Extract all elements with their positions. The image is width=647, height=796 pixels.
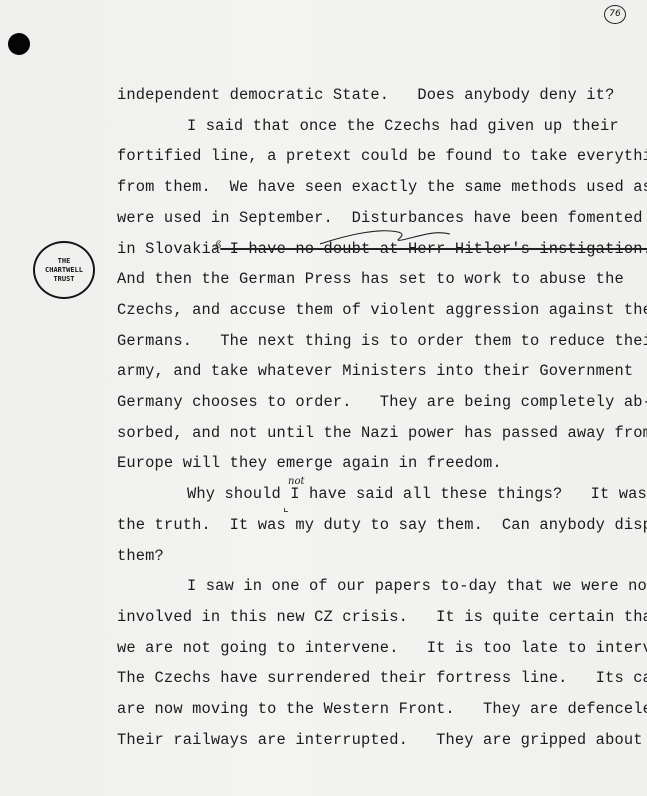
- chartwell-trust-stamp: THE CHARTWELL TRUST: [33, 241, 95, 299]
- typed-line: I saw in one of our papers to-day that w…: [187, 577, 647, 595]
- handwritten-mark: ß: [215, 240, 222, 251]
- typed-line: are now moving to the Western Front. The…: [117, 700, 647, 718]
- typed-line: fortified line, a pretext could be found…: [117, 147, 647, 165]
- handwritten-deletion-scribble: [320, 226, 470, 248]
- typed-line: army, and take whatever Ministers into t…: [117, 362, 633, 380]
- typed-line: we are not going to intervene. It is too…: [117, 639, 647, 657]
- typed-text: in Slovakia: [117, 240, 220, 258]
- typed-line: Czechs, and accuse them of violent aggre…: [117, 301, 647, 319]
- typed-line: the truth. It was my duty to say them. C…: [117, 516, 647, 534]
- typed-line: sorbed, and not until the Nazi power has…: [117, 424, 647, 442]
- typed-line: I said that once the Czechs had given up…: [187, 117, 619, 135]
- typed-line: Germans. The next thing is to order them…: [117, 332, 647, 350]
- typed-line: Europe will they emerge again in freedom…: [117, 454, 502, 472]
- typed-line: And then the German Press has set to wor…: [117, 270, 624, 288]
- typed-line: independent democratic State. Does anybo…: [117, 86, 614, 104]
- typed-line: involved in this new CZ crisis. It is qu…: [117, 608, 647, 626]
- document-page: 76 THE CHARTWELL TRUST independent democ…: [0, 0, 647, 796]
- typed-line: The Czechs have surrendered their fortre…: [117, 669, 647, 687]
- punch-hole: [8, 33, 30, 55]
- typed-line: Why should I have said all these things?…: [187, 485, 647, 503]
- typed-line: Their railways are interrupted. They are…: [117, 731, 647, 749]
- page-number: 76: [604, 5, 626, 24]
- typed-line: them?: [117, 547, 164, 565]
- stamp-line: TRUST: [35, 275, 93, 284]
- typed-line: Germany chooses to order. They are being…: [117, 393, 647, 411]
- insertion-caret: ⌞: [283, 500, 289, 514]
- stamp-line: CHARTWELL: [35, 266, 93, 275]
- typed-line: were used in September. Disturbances hav…: [117, 209, 643, 227]
- typed-line: from them. We have seen exactly the same…: [117, 178, 647, 196]
- stamp-line: THE: [35, 257, 93, 266]
- handwritten-insertion-not: not: [288, 476, 304, 487]
